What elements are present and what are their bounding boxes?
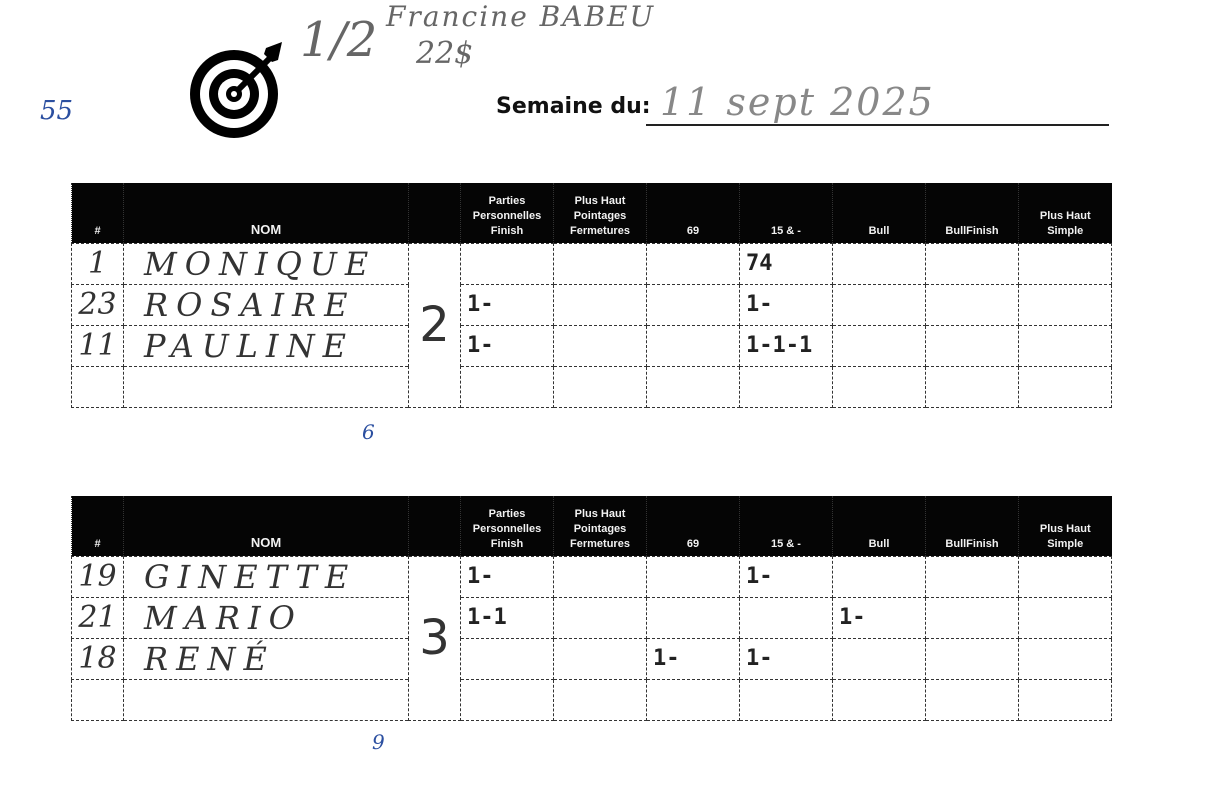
player-name-note: Francine BABEU [386, 0, 655, 33]
col-header-bullfinish: BullFinish [926, 496, 1019, 556]
table-row: 18 RENÉ 1- 1- [72, 638, 1112, 679]
col-header-plus-haut-simple: Plus HautSimple [1019, 183, 1112, 243]
player-name[interactable]: ROSAIRE [124, 284, 409, 325]
cell-bullfinish[interactable] [926, 638, 1019, 679]
cell-plus-haut-pointages[interactable] [554, 638, 647, 679]
team-number[interactable]: 3 [409, 556, 461, 720]
player-name[interactable] [124, 679, 409, 720]
table-row: 19 GINETTE 3 1- 1- [72, 556, 1112, 597]
team-table-2: # NOM PartiesPersonnellesFinish Plus Hau… [71, 496, 1112, 721]
col-header-parties: PartiesPersonnellesFinish [461, 496, 554, 556]
table-row: 21 MARIO 1-1 1- [72, 597, 1112, 638]
cell-bullfinish[interactable] [926, 366, 1019, 407]
col-header-15: 15 & - [740, 183, 833, 243]
player-number[interactable]: 23 [72, 284, 124, 325]
cell-plus-haut-simple[interactable] [1019, 325, 1112, 366]
cell-parties[interactable]: 1- [461, 556, 554, 597]
cell-69[interactable] [647, 597, 740, 638]
cell-plus-haut-simple[interactable] [1019, 638, 1112, 679]
cell-15[interactable] [740, 597, 833, 638]
col-header-name: NOM [124, 496, 409, 556]
player-name[interactable]: RENÉ [124, 638, 409, 679]
col-header-number: # [72, 183, 124, 243]
col-header-plus-haut-pointages: Plus HautPointagesFermetures [554, 496, 647, 556]
cell-parties[interactable]: 1-1 [461, 597, 554, 638]
team-2-note: 9 [372, 730, 385, 754]
cell-15[interactable]: 1- [740, 556, 833, 597]
cell-69[interactable] [647, 284, 740, 325]
cell-parties[interactable] [461, 638, 554, 679]
player-number[interactable]: 18 [72, 638, 124, 679]
table-row: 11 PAULINE 1- 1-1-1 [72, 325, 1112, 366]
cell-69[interactable] [647, 243, 740, 284]
dartboard-target-icon [186, 40, 286, 140]
cell-plus-haut-pointages[interactable] [554, 556, 647, 597]
cell-bull[interactable] [833, 325, 926, 366]
cell-plus-haut-simple[interactable] [1019, 556, 1112, 597]
player-number[interactable] [72, 366, 124, 407]
col-header-plus-haut-simple: Plus HautSimple [1019, 496, 1112, 556]
cell-parties[interactable] [461, 243, 554, 284]
col-header-bull: Bull [833, 183, 926, 243]
cell-bull[interactable] [833, 366, 926, 407]
cell-plus-haut-pointages[interactable] [554, 597, 647, 638]
cell-plus-haut-simple[interactable] [1019, 679, 1112, 720]
col-header-69: 69 [647, 183, 740, 243]
cell-parties[interactable] [461, 679, 554, 720]
col-header-plus-haut-pointages: Plus HautPointagesFermetures [554, 183, 647, 243]
margin-note: 55 [40, 96, 73, 126]
team-table-1: # NOM PartiesPersonnellesFinish Plus Hau… [71, 183, 1112, 408]
col-header-team [409, 183, 461, 243]
cell-plus-haut-simple[interactable] [1019, 284, 1112, 325]
player-name[interactable]: MONIQUE [124, 243, 409, 284]
cell-bull[interactable] [833, 679, 926, 720]
cell-bullfinish[interactable] [926, 325, 1019, 366]
week-label: Semaine du: [496, 94, 651, 119]
cell-parties[interactable]: 1- [461, 284, 554, 325]
table-row [72, 679, 1112, 720]
cell-parties[interactable] [461, 366, 554, 407]
cell-bull[interactable] [833, 638, 926, 679]
col-header-bullfinish: BullFinish [926, 183, 1019, 243]
cell-plus-haut-pointages[interactable] [554, 284, 647, 325]
week-date-field[interactable]: 11 sept 2025 [660, 80, 935, 124]
cell-plus-haut-pointages[interactable] [554, 325, 647, 366]
col-header-name: NOM [124, 183, 409, 243]
week-date-underline [646, 124, 1109, 126]
cell-plus-haut-pointages[interactable] [554, 679, 647, 720]
table-row: 1 MONIQUE 2 74 [72, 243, 1112, 284]
cell-plus-haut-simple[interactable] [1019, 597, 1112, 638]
col-header-69: 69 [647, 496, 740, 556]
cell-plus-haut-pointages[interactable] [554, 243, 647, 284]
cell-69[interactable]: 1- [647, 638, 740, 679]
player-number[interactable]: 19 [72, 556, 124, 597]
cell-69[interactable] [647, 679, 740, 720]
cell-plus-haut-simple[interactable] [1019, 243, 1112, 284]
cell-bull[interactable]: 1- [833, 597, 926, 638]
cell-69[interactable] [647, 325, 740, 366]
player-name[interactable] [124, 366, 409, 407]
cell-parties[interactable]: 1- [461, 325, 554, 366]
table-row: 23 ROSAIRE 1- 1- [72, 284, 1112, 325]
team-1-note: 6 [362, 420, 375, 444]
cell-bullfinish[interactable] [926, 284, 1019, 325]
cell-bullfinish[interactable] [926, 243, 1019, 284]
cell-plus-haut-simple[interactable] [1019, 366, 1112, 407]
player-number[interactable]: 11 [72, 325, 124, 366]
cell-bullfinish[interactable] [926, 679, 1019, 720]
cell-15[interactable]: 1- [740, 638, 833, 679]
cell-15[interactable]: 1-1-1 [740, 325, 833, 366]
col-header-parties: PartiesPersonnellesFinish [461, 183, 554, 243]
player-number[interactable] [72, 679, 124, 720]
cell-bull[interactable] [833, 556, 926, 597]
cell-15[interactable]: 1- [740, 284, 833, 325]
col-header-number: # [72, 496, 124, 556]
cell-bull[interactable] [833, 243, 926, 284]
amount-note: 22$ [416, 36, 473, 71]
cell-15[interactable] [740, 679, 833, 720]
col-header-bull: Bull [833, 496, 926, 556]
cell-bullfinish[interactable] [926, 556, 1019, 597]
cell-15[interactable] [740, 366, 833, 407]
col-header-team [409, 496, 461, 556]
cell-15[interactable]: 74 [740, 243, 833, 284]
cell-69[interactable] [647, 366, 740, 407]
cell-bullfinish[interactable] [926, 597, 1019, 638]
player-number[interactable]: 1 [72, 243, 124, 284]
table-row [72, 366, 1112, 407]
cell-bull[interactable] [833, 284, 926, 325]
player-name[interactable]: PAULINE [124, 325, 409, 366]
col-header-15: 15 & - [740, 496, 833, 556]
player-number[interactable]: 21 [72, 597, 124, 638]
fraction-note: 1/2 [300, 12, 377, 68]
cell-plus-haut-pointages[interactable] [554, 366, 647, 407]
team-number[interactable]: 2 [409, 243, 461, 407]
cell-69[interactable] [647, 556, 740, 597]
player-name[interactable]: GINETTE [124, 556, 409, 597]
player-name[interactable]: MARIO [124, 597, 409, 638]
